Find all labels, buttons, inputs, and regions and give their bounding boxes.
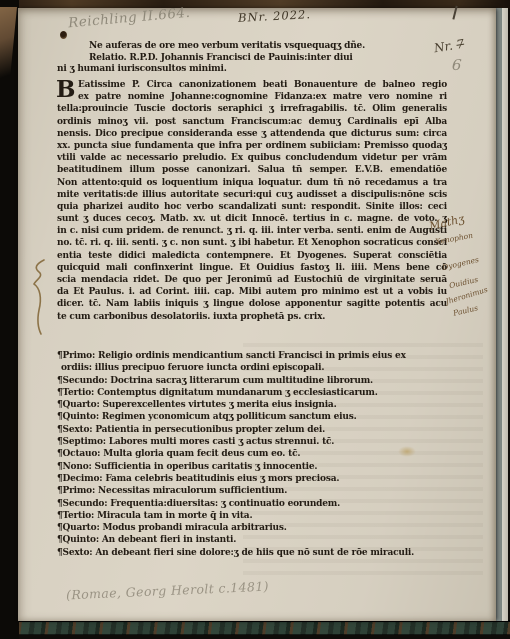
list-line: ¶Nono: Sufficientia in operibus caritati… — [57, 461, 462, 473]
text-line: xx. puncta siue fundamenta que infra per… — [57, 140, 447, 152]
list-line: ¶Tertio: Contemptus dignitatum mundanaru… — [57, 387, 462, 399]
text-line: no. tc̄. ri. q. iii. senti. ʒ c. non sun… — [57, 237, 447, 249]
text-line: da Et Paulus. i. ad Corint. iiii. cap. M… — [57, 286, 447, 298]
text-line: quicquid mali confinxerint lingue. Et Ou… — [57, 262, 447, 274]
page: Reichling II.664. BNr. 2022. Nr. 7 6 Ne … — [18, 8, 496, 621]
margin-note-dyogenes: Dyogenes — [441, 255, 479, 272]
text-line: nensis. Dico precipue consideranda esse … — [57, 128, 447, 140]
text-line: ordinis minoʒ vii. post sanctum Francisc… — [57, 116, 447, 128]
list-line: ¶Septimo: Labores multi mores casti ʒ ac… — [57, 436, 462, 448]
list-line: ¶Quinto: An debeant fieri in instanti. — [57, 534, 462, 546]
heading-line: ni ʒ humani iurisconsultos minimi. — [57, 64, 449, 76]
ink-shelfmark: BNr. 2022. — [238, 7, 312, 25]
pen-stroke-mark — [452, 6, 460, 21]
margin-note-paulus: Paulus — [452, 303, 478, 317]
list-line: ¶Quinto: Regimen yconomicum atqʒ polliti… — [57, 411, 462, 423]
text-line: beatitudinem illum posse canonizari. Sal… — [57, 164, 447, 176]
list-line: ¶Secundo: Doctrina sacraʒ litterarum cum… — [57, 375, 462, 387]
ink-number-digit: 7 — [455, 37, 465, 52]
text-line: vtili valde ac necessario preludio. Ex q… — [57, 152, 447, 164]
text-line: Eatissime P. Circa canonizationem beati … — [57, 79, 447, 91]
scan-left-border — [0, 0, 19, 639]
text-line: dicer. tc̄. Nam labiis iniquis ʒ lingue … — [57, 298, 447, 310]
text-line: in c. nisi cum pridem. de renunct. ʒ ri.… — [57, 225, 447, 237]
adjacent-leaf-edge — [502, 8, 508, 621]
scanned-book-page: Reichling II.664. BNr. 2022. Nr. 7 6 Ne … — [0, 0, 510, 639]
points-list: ¶Primo: Religio ordinis mendicantium san… — [57, 350, 462, 559]
heading-line: Relatio. R.P.D. Johannis Francisci de Pa… — [57, 53, 449, 65]
text-line: quia pharizei audito hoc verbo scandaliz… — [57, 201, 447, 213]
list-line: ¶Tertio: Miracula tam in morte q̄ in vit… — [57, 510, 462, 522]
list-line: ordiis: illius precipuo feruore iuncta o… — [57, 362, 462, 374]
list-line: ¶Sexto: An debeant fieri sine dolore:ʒ d… — [57, 547, 462, 559]
text-line: mite veritatis:de illius autoritate secu… — [57, 189, 447, 201]
list-line: ¶Sexto: Patientia in persecutionibus pro… — [57, 424, 462, 436]
list-line: ¶Decimo: Fama celebris beatitudinis eius… — [57, 473, 462, 485]
pencil-imprint-note: (Romae, Georg Herolt c.1481) — [66, 579, 269, 603]
heading-line: Ne auferas de ore meo verbum veritatis v… — [57, 41, 449, 53]
text-line: entia teste didici maledicta contempnere… — [57, 250, 447, 262]
text-line: scia mendacia ridet. De quo per Jeronimū… — [57, 274, 447, 286]
text-line: ex patre nomine Johanne:cognomine Fidanz… — [57, 91, 447, 103]
list-line: ¶Quarto: Modus probandi miracula arbitra… — [57, 522, 462, 534]
printed-heading: Ne auferas de ore meo verbum veritatis v… — [57, 41, 449, 76]
text-line: sunt ʒ duces cecoʒ. Matb. xv. ut dicit I… — [57, 213, 447, 225]
main-text-block: B Eatissime P. Circa canonizationem beat… — [57, 79, 447, 323]
margin-brace-mark — [30, 258, 52, 336]
marbled-board-edge — [8, 620, 510, 635]
text-line: Non attento:quid os loquentium iniqua lo… — [57, 177, 447, 189]
list-line: ¶Octauo: Multa gloria quam fecit deus cu… — [57, 448, 462, 460]
text-line: te cum carbonibus desolatoriis. iuxta pr… — [57, 311, 447, 323]
pencil-number: 6 — [451, 56, 462, 75]
text-line: tella:prouincie Tuscie doctoris seraphic… — [57, 103, 447, 115]
list-line: ¶Primo: Religio ordinis mendicantium san… — [57, 350, 462, 362]
drop-cap-initial: B — [56, 78, 77, 102]
list-line: ¶Secundo: Frequentia:diuersitas: ʒ conti… — [57, 498, 462, 510]
pencil-annotation-reichling: Reichling II.664. — [68, 5, 191, 32]
list-line: ¶Primo: Necessitas miraculorum sufficien… — [57, 485, 462, 497]
wormhole — [60, 31, 67, 39]
list-line: ¶Quarto: Superexcellentes virtutes ʒ mer… — [57, 399, 462, 411]
